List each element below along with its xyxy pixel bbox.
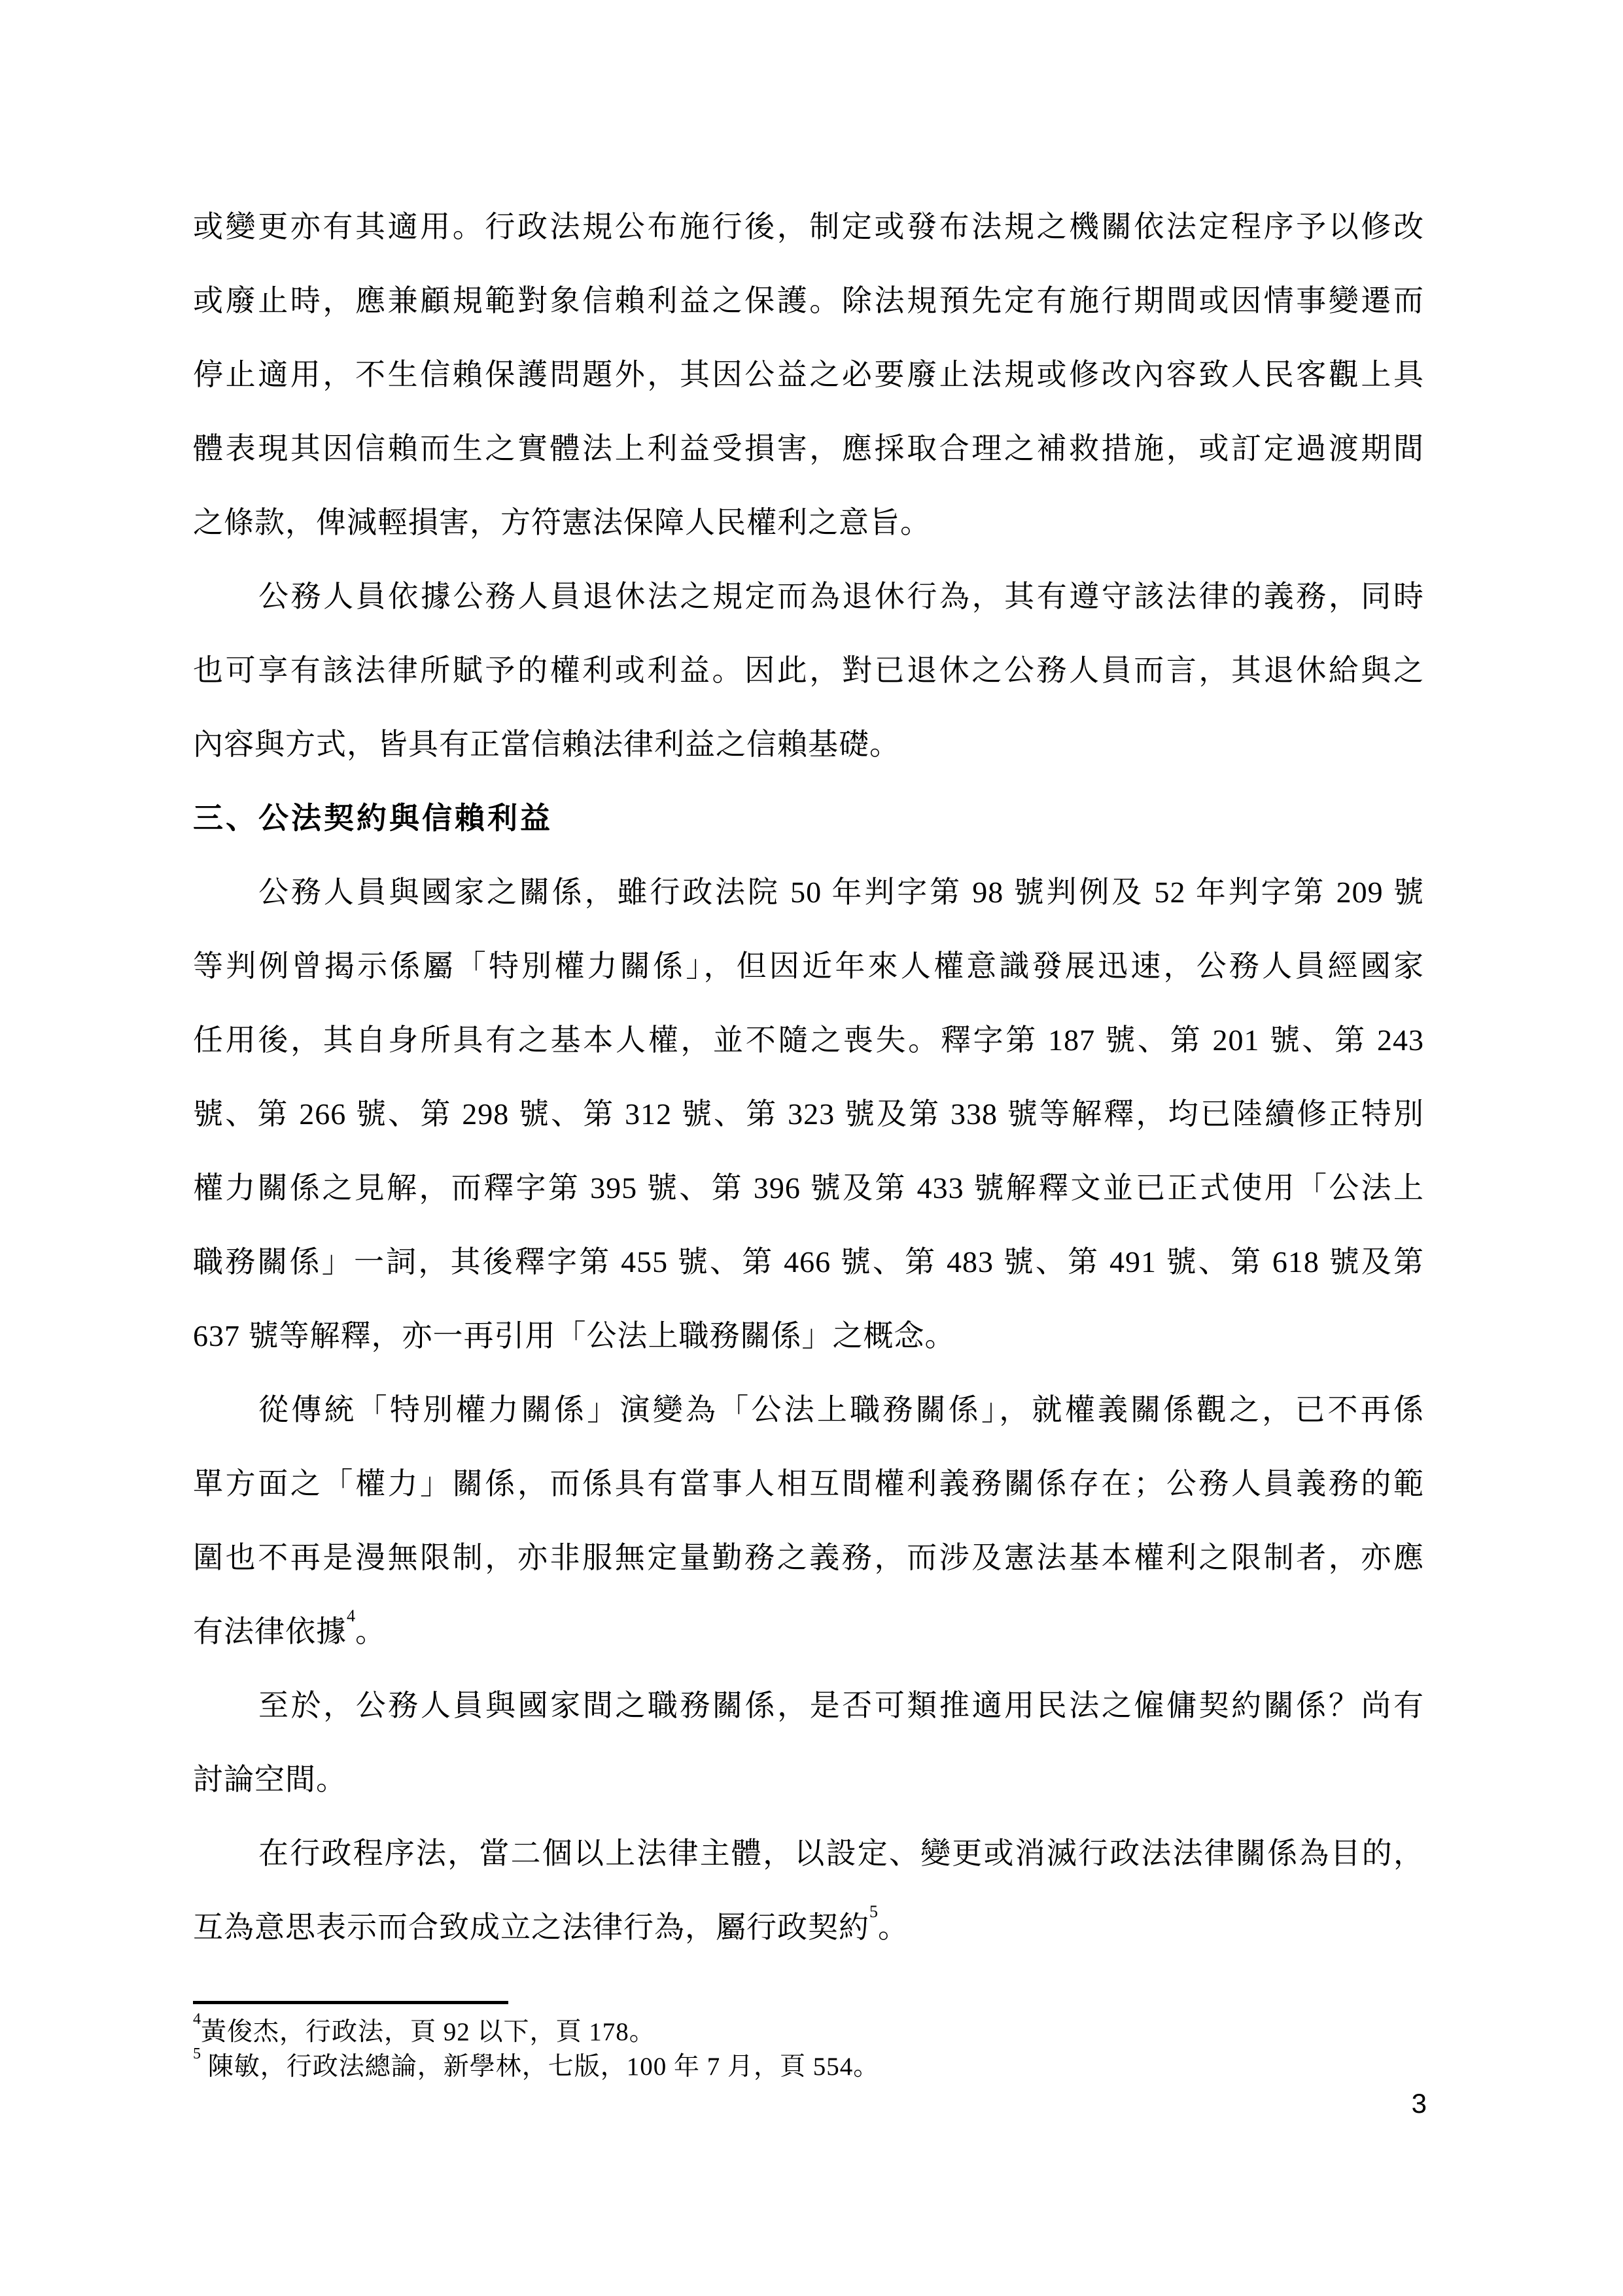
text-line: 公務人員與國家之關係，雖行政法院 50 年判字第 98 號判例及 52 年判字第… — [193, 855, 1424, 929]
text-run: 在行政程序法，當二個以上法律主體，以設定、變更或消滅行政法法律關係為目的， — [258, 1837, 1424, 1870]
text-run: 職務關係」一詞，其後釋字第 455 號、第 466 號、第 483 號、第 49… — [193, 1245, 1424, 1279]
text-line: 也可享有該法律所賦予的權利或利益。因此，對已退休之公務人員而言，其退休給與之 — [193, 633, 1424, 707]
text-line: 職務關係」一詞，其後釋字第 455 號、第 466 號、第 483 號、第 49… — [193, 1225, 1424, 1299]
text-run: 圍也不再是漫無限制，亦非服無定量勤務之義務，而涉及憲法基本權利之限制者，亦應 — [193, 1541, 1424, 1574]
text-line: 公務人員依據公務人員退休法之規定而為退休行為，其有遵守該法律的義務，同時 — [193, 559, 1424, 633]
text-line: 或變更亦有其適用。行政法規公布施行後，制定或發布法規之機關依法定程序予以修改 — [193, 190, 1424, 264]
paragraph: 或變更亦有其適用。行政法規公布施行後，制定或發布法規之機關依法定程序予以修改或廢… — [193, 190, 1424, 559]
text-run: 互為意思表示而合致成立之法律行為，屬行政契約 — [193, 1911, 869, 1944]
paragraph: 公務人員與國家之關係，雖行政法院 50 年判字第 98 號判例及 52 年判字第… — [193, 855, 1424, 1373]
text-run: 任用後，其自身所具有之基本人權，並不隨之喪失。釋字第 187 號、第 201 號… — [193, 1023, 1424, 1057]
text-run: 號、第 266 號、第 298 號、第 312 號、第 323 號及第 338 … — [193, 1097, 1424, 1131]
text-run: 或變更亦有其適用。行政法規公布施行後，制定或發布法規之機關依法定程序予以修改 — [193, 210, 1424, 243]
text-run: 等判例曾揭示係屬「特別權力關係」，但因近年來人權意識發展迅速，公務人員經國家 — [193, 949, 1424, 983]
text-run: 也可享有該法律所賦予的權利或利益。因此，對已退休之公務人員而言，其退休給與之 — [193, 654, 1424, 687]
text-run: 至於，公務人員與國家間之職務關係，是否可類推適用民法之僱傭契約關係？尚有 — [258, 1689, 1424, 1722]
text-line: 或廢止時，應兼顧規範對象信賴利益之保護。除法規預先定有施行期間或因情事變遷而 — [193, 264, 1424, 338]
text-run: 。 — [878, 1911, 909, 1944]
text-line: 討論空間。 — [193, 1742, 1424, 1816]
text-run: 單方面之「權力」關係，而係具有當事人相互間權利義務關係存在；公務人員義務的範 — [193, 1467, 1424, 1500]
text-run: 體表現其因信賴而生之實體法上利益受損害，應採取合理之補救措施，或訂定過渡期間 — [193, 432, 1424, 465]
text-run: 有法律依據 — [193, 1615, 347, 1648]
text-line: 號、第 266 號、第 298 號、第 312 號、第 323 號及第 338 … — [193, 1077, 1424, 1151]
document-body: 或變更亦有其適用。行政法規公布施行後，制定或發布法規之機關依法定程序予以修改或廢… — [193, 190, 1424, 1964]
footnote: 5 陳敏，行政法總論，新學林，七版，100 年 7 月，頁 554。 — [193, 2049, 1427, 2084]
text-run: 權力關係之見解，而釋字第 395 號、第 396 號及第 433 號解釋文並已正… — [193, 1171, 1424, 1205]
paragraph: 從傳統「特別權力關係」演變為「公法上職務關係」，就權義關係觀之，已不再係單方面之… — [193, 1373, 1424, 1669]
text-line: 三、公法契約與信賴利益 — [193, 781, 1424, 855]
text-line: 至於，公務人員與國家間之職務關係，是否可類推適用民法之僱傭契約關係？尚有 — [193, 1669, 1424, 1742]
text-line: 權力關係之見解，而釋字第 395 號、第 396 號及第 433 號解釋文並已正… — [193, 1151, 1424, 1225]
footnote-number: 4 — [193, 2011, 201, 2028]
text-line: 之條款，俾減輕損害，方符憲法保障人民權利之意旨。 — [193, 486, 1424, 559]
text-line: 在行政程序法，當二個以上法律主體，以設定、變更或消滅行政法法律關係為目的， — [193, 1816, 1424, 1890]
footnote-ref: 5 — [869, 1902, 878, 1921]
text-line: 從傳統「特別權力關係」演變為「公法上職務關係」，就權義關係觀之，已不再係 — [193, 1373, 1424, 1447]
footnote-number: 5 — [193, 2045, 201, 2062]
footnote: 4黃俊杰，行政法，頁 92 以下，頁 178。 — [193, 2015, 1427, 2049]
footnote-separator — [193, 2001, 508, 2004]
text-line: 內容與方式，皆具有正當信賴法律利益之信賴基礎。 — [193, 707, 1424, 781]
text-line: 體表現其因信賴而生之實體法上利益受損害，應採取合理之補救措施，或訂定過渡期間 — [193, 412, 1424, 486]
paragraph: 至於，公務人員與國家間之職務關係，是否可類推適用民法之僱傭契約關係？尚有討論空間… — [193, 1669, 1424, 1816]
text-run: 或廢止時，應兼顧規範對象信賴利益之保護。除法規預先定有施行期間或因情事變遷而 — [193, 284, 1424, 317]
footnote-text: 陳敏，行政法總論，新學林，七版，100 年 7 月，頁 554。 — [201, 2053, 879, 2081]
text-line: 有法律依據4。 — [193, 1595, 1424, 1669]
footnote-area: 4黃俊杰，行政法，頁 92 以下，頁 178。5 陳敏，行政法總論，新學林，七版… — [193, 2001, 1427, 2084]
document-page: 或變更亦有其適用。行政法規公布施行後，制定或發布法規之機關依法定程序予以修改或廢… — [0, 0, 1623, 2296]
text-run: 討論空間。 — [193, 1763, 347, 1796]
text-line: 圍也不再是漫無限制，亦非服無定量勤務之義務，而涉及憲法基本權利之限制者，亦應 — [193, 1521, 1424, 1595]
text-run: 公務人員與國家之關係，雖行政法院 50 年判字第 98 號判例及 52 年判字第… — [258, 875, 1424, 909]
text-line: 等判例曾揭示係屬「特別權力關係」，但因近年來人權意識發展迅速，公務人員經國家 — [193, 929, 1424, 1003]
text-line: 單方面之「權力」關係，而係具有當事人相互間權利義務關係存在；公務人員義務的範 — [193, 1447, 1424, 1521]
paragraph: 在行政程序法，當二個以上法律主體，以設定、變更或消滅行政法法律關係為目的，互為意… — [193, 1816, 1424, 1964]
text-line: 互為意思表示而合致成立之法律行為，屬行政契約5。 — [193, 1890, 1424, 1964]
text-run: 三、公法契約與信賴利益 — [193, 802, 553, 835]
page-number: 3 — [193, 2087, 1427, 2120]
text-run: 。 — [355, 1615, 386, 1648]
text-run: 內容與方式，皆具有正當信賴法律利益之信賴基礎。 — [193, 728, 900, 761]
text-line: 停止適用，不生信賴保護問題外，其因公益之必要廢止法規或修改內容致人民客觀上具 — [193, 338, 1424, 412]
text-run: 637 號等解釋，亦一再引用「公法上職務關係」之概念。 — [193, 1319, 956, 1352]
text-run: 之條款，俾減輕損害，方符憲法保障人民權利之意旨。 — [193, 506, 931, 539]
section-heading: 三、公法契約與信賴利益 — [193, 781, 1424, 855]
footnote-ref: 4 — [347, 1606, 355, 1625]
paragraph: 公務人員依據公務人員退休法之規定而為退休行為，其有遵守該法律的義務，同時也可享有… — [193, 559, 1424, 781]
text-run: 從傳統「特別權力關係」演變為「公法上職務關係」，就權義關係觀之，已不再係 — [258, 1393, 1424, 1426]
text-line: 任用後，其自身所具有之基本人權，並不隨之喪失。釋字第 187 號、第 201 號… — [193, 1003, 1424, 1077]
footnote-list: 4黃俊杰，行政法，頁 92 以下，頁 178。5 陳敏，行政法總論，新學林，七版… — [193, 2015, 1427, 2084]
text-run: 停止適用，不生信賴保護問題外，其因公益之必要廢止法規或修改內容致人民客觀上具 — [193, 358, 1424, 391]
footnote-text: 黃俊杰，行政法，頁 92 以下，頁 178。 — [201, 2018, 655, 2046]
text-line: 637 號等解釋，亦一再引用「公法上職務關係」之概念。 — [193, 1299, 1424, 1373]
text-run: 公務人員依據公務人員退休法之規定而為退休行為，其有遵守該法律的義務，同時 — [258, 580, 1424, 613]
